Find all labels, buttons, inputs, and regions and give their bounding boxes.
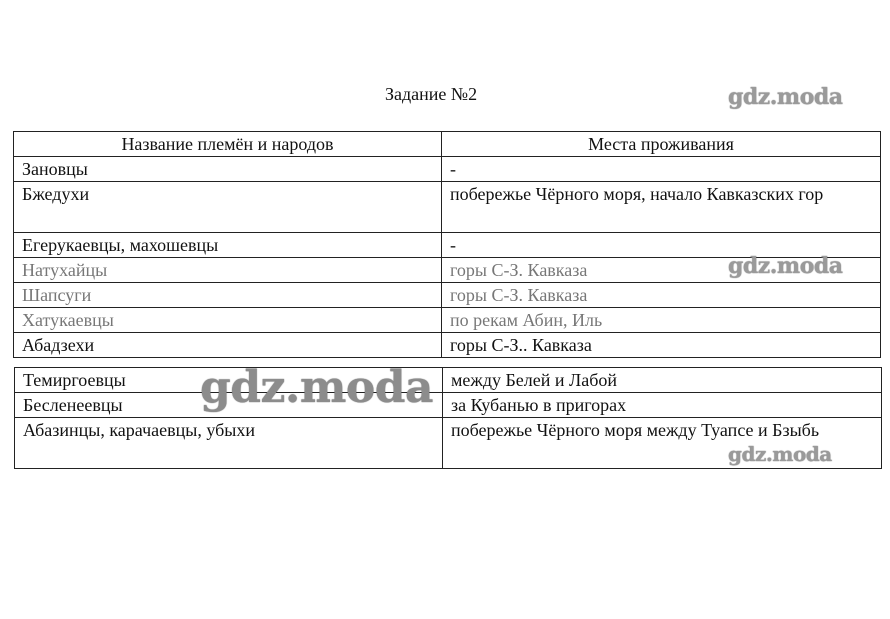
place-cell: по рекам Абин, Иль [442, 308, 881, 333]
place-cell: побережье Чёрного моря, начало Кавказски… [442, 182, 881, 233]
place-cell: за Кубанью в пригорах [443, 393, 882, 418]
tribe-cell: Натухайцы [14, 258, 442, 283]
header-tribe: Название племён и народов [14, 132, 442, 157]
watermark: gdz.moda [728, 442, 832, 466]
table-row: Бесленеевцы за Кубанью в пригорах [15, 393, 882, 418]
tribe-cell: Шапсуги [14, 283, 442, 308]
tribe-cell: Хатукаевцы [14, 308, 442, 333]
watermark: gdz.moda [728, 253, 843, 279]
watermark: gdz.moda [728, 84, 843, 110]
place-cell: между Белей и Лабой [443, 368, 882, 393]
place-cell: горы С-З. Кавказа [442, 283, 881, 308]
tribe-cell: Егерукаевцы, махошевцы [14, 233, 442, 258]
place-cell: - [442, 157, 881, 182]
watermark: gdz.moda [200, 362, 433, 413]
tribe-cell: Абадзехи [14, 333, 442, 358]
table-row: Шапсуги горы С-З. Кавказа [14, 283, 881, 308]
tribe-cell: Абазинцы, карачаевцы, убыхи [15, 418, 443, 469]
table-row: Хатукаевцы по рекам Абин, Иль [14, 308, 881, 333]
table-row: Бжедухи побережье Чёрного моря, начало К… [14, 182, 881, 233]
tribes-table: Название племён и народов Места проживан… [13, 131, 881, 358]
tribe-cell: Зановцы [14, 157, 442, 182]
table-row: Зановцы - [14, 157, 881, 182]
table-header-row: Название племён и народов Места проживан… [14, 132, 881, 157]
header-place: Места проживания [442, 132, 881, 157]
place-cell: горы С-З.. Кавказа [442, 333, 881, 358]
tribe-cell: Бжедухи [14, 182, 442, 233]
assignment-title: Задание №2 [385, 84, 477, 105]
table-row: Темиргоевцы между Белей и Лабой [15, 368, 882, 393]
table-row: Абадзехи горы С-З.. Кавказа [14, 333, 881, 358]
